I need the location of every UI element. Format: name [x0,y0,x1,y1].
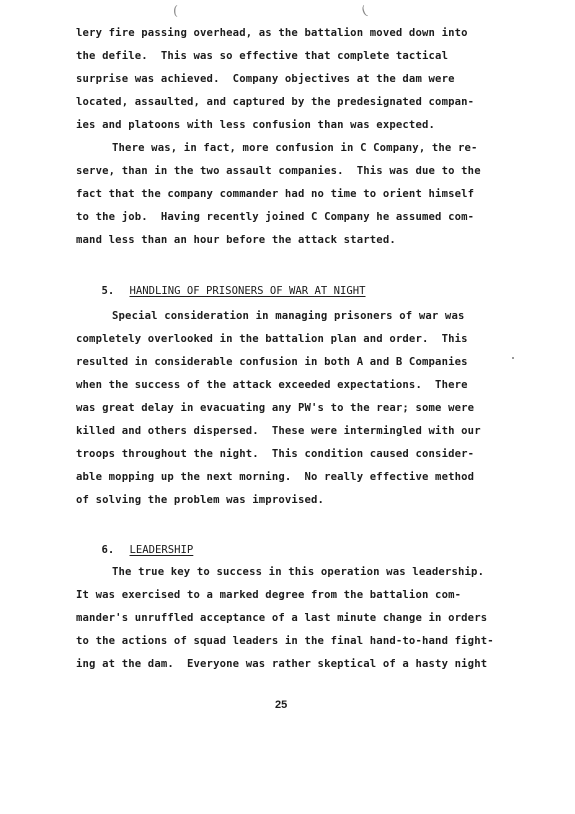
text-line: located, assaulted, and captured by the … [76,95,474,109]
text-line: troops throughout the night. This condit… [76,447,474,461]
text-line: resulted in considerable confusion in bo… [76,355,468,369]
text-line: the defile. This was so effective that c… [76,49,448,63]
text-line: Special consideration in managing prison… [112,309,465,323]
punch-mark-left: ( [173,4,178,19]
text-line: mander's unruffled acceptance of a last … [76,611,487,625]
text-line: ing at the dam. Everyone was rather skep… [76,657,487,671]
section-title: HANDLING OF PRISONERS OF WAR AT NIGHT [130,285,366,297]
text-line: of solving the problem was improvised. [76,493,324,507]
punch-mark-right: ( [360,4,370,20]
text-line: mand less than an hour before the attack… [76,233,396,247]
section-heading-5: 5.HANDLING OF PRISONERS OF WAR AT NIGHT [76,270,366,312]
text-line: killed and others dispersed. These were … [76,424,481,438]
section-number: 6. [102,543,130,557]
page-number: 25 [275,699,287,711]
text-line: able mopping up the next morning. No rea… [76,470,474,484]
text-line: It was exercised to a marked degree from… [76,588,461,602]
text-line: to the job. Having recently joined C Com… [76,210,474,224]
text-line: surprise was achieved. Company objective… [76,72,455,86]
section-title: LEADERSHIP [130,544,194,556]
text-line: lery fire passing overhead, as the batta… [76,26,468,40]
text-line: serve, than in the two assault companies… [76,164,481,178]
text-line: ies and platoons with less confusion tha… [76,118,435,132]
section-number: 5. [102,284,130,298]
text-line: The true key to success in this operatio… [112,565,484,579]
text-line: to the actions of squad leaders in the f… [76,634,494,648]
text-line: There was, in fact, more confusion in C … [112,141,478,155]
text-line: fact that the company commander had no t… [76,187,474,201]
document-page: ( ( lery fire passing overhead, as the b… [0,0,575,814]
text-line: was great delay in evacuating any PW's t… [76,401,474,415]
stray-mark [512,357,514,359]
text-line: when the success of the attack exceeded … [76,378,468,392]
text-line: completely overlooked in the battalion p… [76,332,468,346]
